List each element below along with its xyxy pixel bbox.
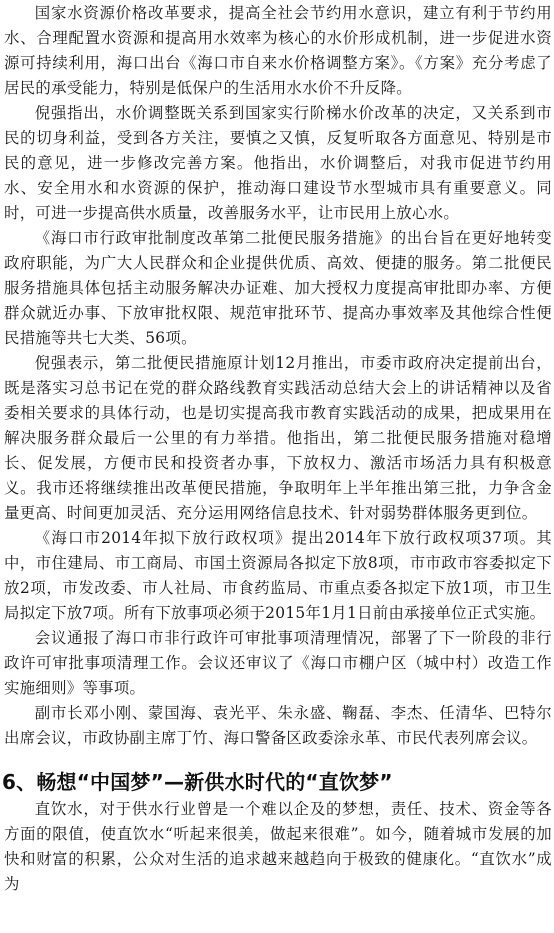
- paragraph-ni-qiang-water-price: 倪强指出，水价调整既关系到国家实行阶梯水价改革的决定，又关系到市民的切身利益，受…: [4, 101, 552, 226]
- paragraph-meeting-review: 会议通报了海口市非行政许可审批事项清理情况，部署了下一阶段的非行政许可审批事项清…: [4, 626, 552, 701]
- document-page: 国家水资源价格改革要求，提高全社会节约用水意识，建立有利于节约用水、合理配置水资…: [4, 1, 552, 897]
- paragraph-water-price-reform: 国家水资源价格改革要求，提高全社会节约用水意识，建立有利于节约用水、合理配置水资…: [4, 1, 552, 101]
- paragraph-second-batch-measures: 《海口市行政审批制度改革第二批便民服务措施》的出台旨在更好地转变政府职能，为广大…: [4, 226, 552, 351]
- paragraph-2014-delegated-powers: 《海口市2014年拟下放行政权项》提出2014年下放行政权项37项。其中，市住建…: [4, 526, 552, 626]
- paragraph-attendees: 副市长邓小刚、蒙国海、袁光平、朱永盛、鞠磊、李杰、任清华、巴特尔出席会议，市政协…: [4, 701, 552, 751]
- paragraph-ni-qiang-measures: 倪强表示，第二批便民措施原计划12月推出，市委市政府决定提前出台，既是落实习总书…: [4, 351, 552, 526]
- paragraph-direct-drinking-water: 直饮水，对于供水行业曾是一个难以企及的梦想，责任、技术、资金等各方面的限值，使直…: [4, 797, 552, 897]
- section-heading: 6、畅想“中国梦”—新供水时代的“直饮梦”: [2, 767, 552, 797]
